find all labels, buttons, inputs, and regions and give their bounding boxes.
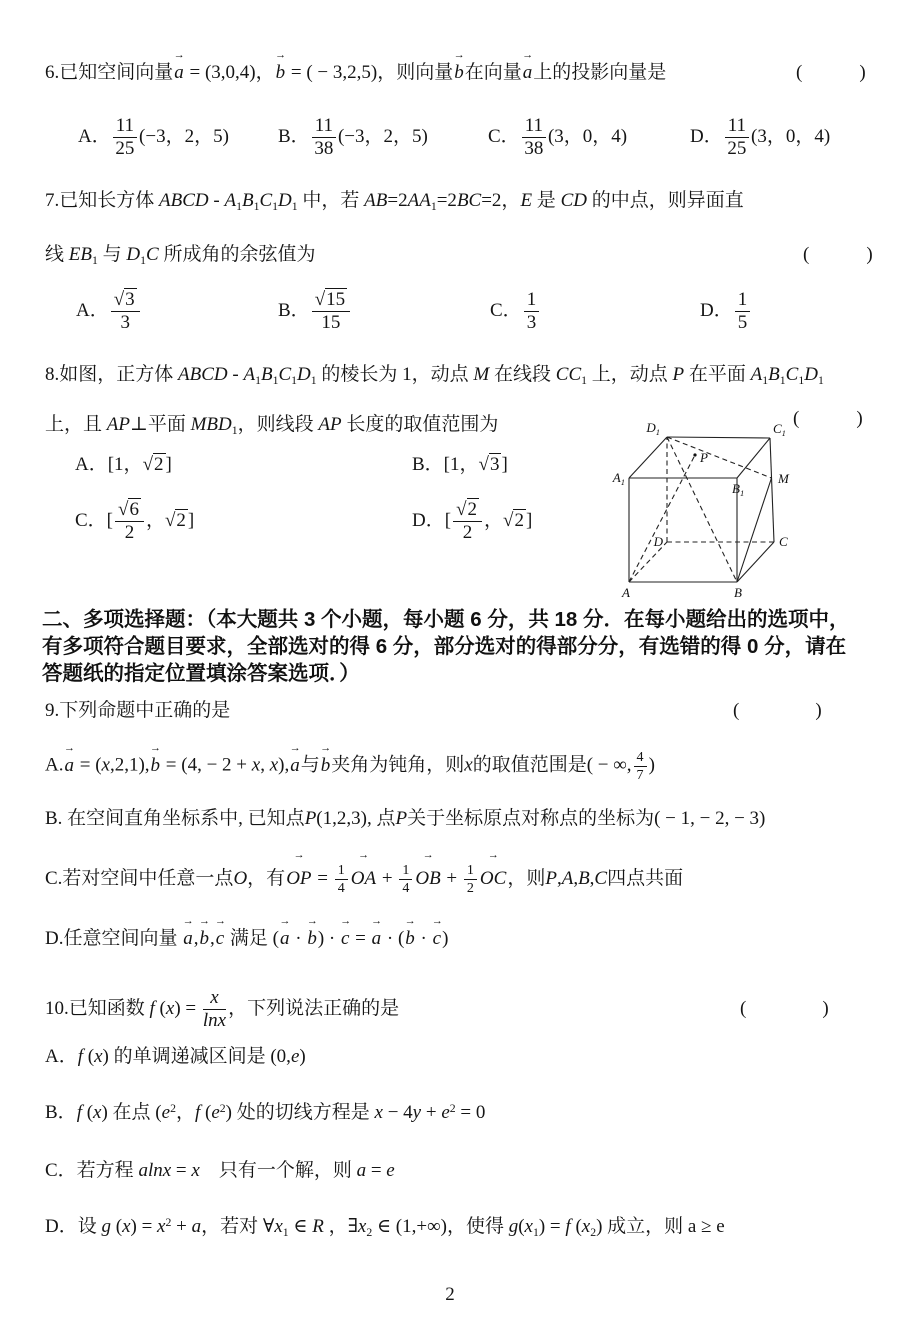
- question-9-option-d: D.任意空间向量 →a,→b,→c 满足 (→a · →b) · →c = →a…: [45, 924, 448, 954]
- question-6-option-b: B．1138(−3，2，5): [278, 108, 428, 166]
- question-10-stem: 10.已知函数 f (x) = xlnx，下列说法正确的是: [45, 980, 399, 1038]
- question-7-stem-line-2: 线 EB1 与 D1C 所成角的余弦值为: [45, 240, 315, 270]
- svg-text:D: D: [653, 534, 664, 549]
- svg-text:P: P: [699, 450, 708, 465]
- question-6-answer-blank: ( ): [796, 58, 866, 88]
- exam-page: 6.已知空间向量→a = (3,0,4)，→b = ( − 3,2,5)，则向量…: [0, 0, 900, 1341]
- question-8-option-a: A．[1，√2]: [75, 450, 172, 480]
- question-8-option-c: C．[√62，√2]: [75, 492, 194, 550]
- svg-text:B: B: [734, 585, 742, 600]
- page-number: 2: [0, 1284, 900, 1306]
- svg-text:C: C: [779, 534, 788, 549]
- question-7-option-d: D．15: [700, 282, 752, 340]
- question-10-option-b: B．f (x) 在点 (e2，f (e2) 处的切线方程是 x − 4y + e…: [45, 1098, 485, 1128]
- question-8-option-d: D．[√22，√2]: [412, 492, 532, 550]
- question-9-stem: 9.下列命题中正确的是: [45, 696, 230, 726]
- question-7-stem-line-1: 7.已知长方体 ABCD - A1B1C1D1 中，若 AB=2AA1=2BC=…: [45, 186, 744, 216]
- question-8-option-b: B．[1，√3]: [412, 450, 508, 480]
- question-9-option-a: A.→a = (x,2,1),→b = (4, − 2 + x, x),→a与→…: [45, 750, 655, 783]
- svg-text:C1: C1: [773, 421, 786, 438]
- question-10-option-d: D．设 g (x) = x2 + a，若对 ∀x1 ∈ R ，∃x2 ∈ (1,…: [45, 1212, 725, 1242]
- svg-text:B1: B1: [732, 481, 744, 498]
- question-9-option-b: B. 在空间直角坐标系中, 已知点P(1,2,3), 点P关于坐标原点对称点的坐…: [45, 804, 765, 834]
- question-7-option-b: B．√1515: [278, 282, 352, 340]
- question-10-answer-blank: ( ): [740, 994, 829, 1024]
- section-2-header-line-3: 答题纸的指定位置填涂答案选项．）: [42, 660, 360, 687]
- svg-text:D1: D1: [645, 420, 660, 437]
- svg-text:A1: A1: [612, 470, 625, 487]
- question-8-answer-blank: ( ): [793, 404, 863, 434]
- question-10-option-a: A．f (x) 的单调递减区间是 (0,e): [45, 1042, 306, 1072]
- section-2-header-line-2: 有多项符合题目要求，全部选对的得 6 分，部分选对的得部分分，有选错的得 0 分…: [42, 633, 846, 660]
- question-9-option-c: C.若对空间中任意一点O，有→OP = 14→OA + 14→OB + 12→O…: [45, 858, 683, 900]
- question-7-answer-blank: ( ): [803, 240, 873, 270]
- question-7-option-a: A．√33: [76, 282, 142, 340]
- question-6-option-a: A．1125(−3，2，5): [78, 108, 229, 166]
- question-8-stem-line-2: 上，且 AP⊥平面 MBD1，则线段 AP 长度的取值范围为: [45, 410, 498, 440]
- question-6-option-d: D．1125(3，0，4): [690, 108, 830, 166]
- question-7-option-c: C．13: [490, 282, 541, 340]
- question-9-answer-blank: ( ): [733, 696, 822, 726]
- cube-figure: D1C1A1B1MDCABP: [612, 412, 797, 615]
- question-10-option-c: C．若方程 alnx = x 只有一个解，则 a = e: [45, 1156, 395, 1186]
- question-6-stem: 6.已知空间向量→a = (3,0,4)，→b = ( − 3,2,5)，则向量…: [45, 58, 666, 88]
- svg-text:A: A: [621, 585, 630, 600]
- svg-text:M: M: [777, 471, 790, 486]
- section-2-header-line-1: 二、多项选择题：（本大题共 3 个小题，每小题 6 分，共 18 分．在每小题给…: [42, 606, 850, 633]
- question-8-stem-line-1: 8.如图，正方体 ABCD - A1B1C1D1 的棱长为 1，动点 M 在线段…: [45, 360, 824, 390]
- question-6-option-c: C．1138(3，0，4): [488, 108, 627, 166]
